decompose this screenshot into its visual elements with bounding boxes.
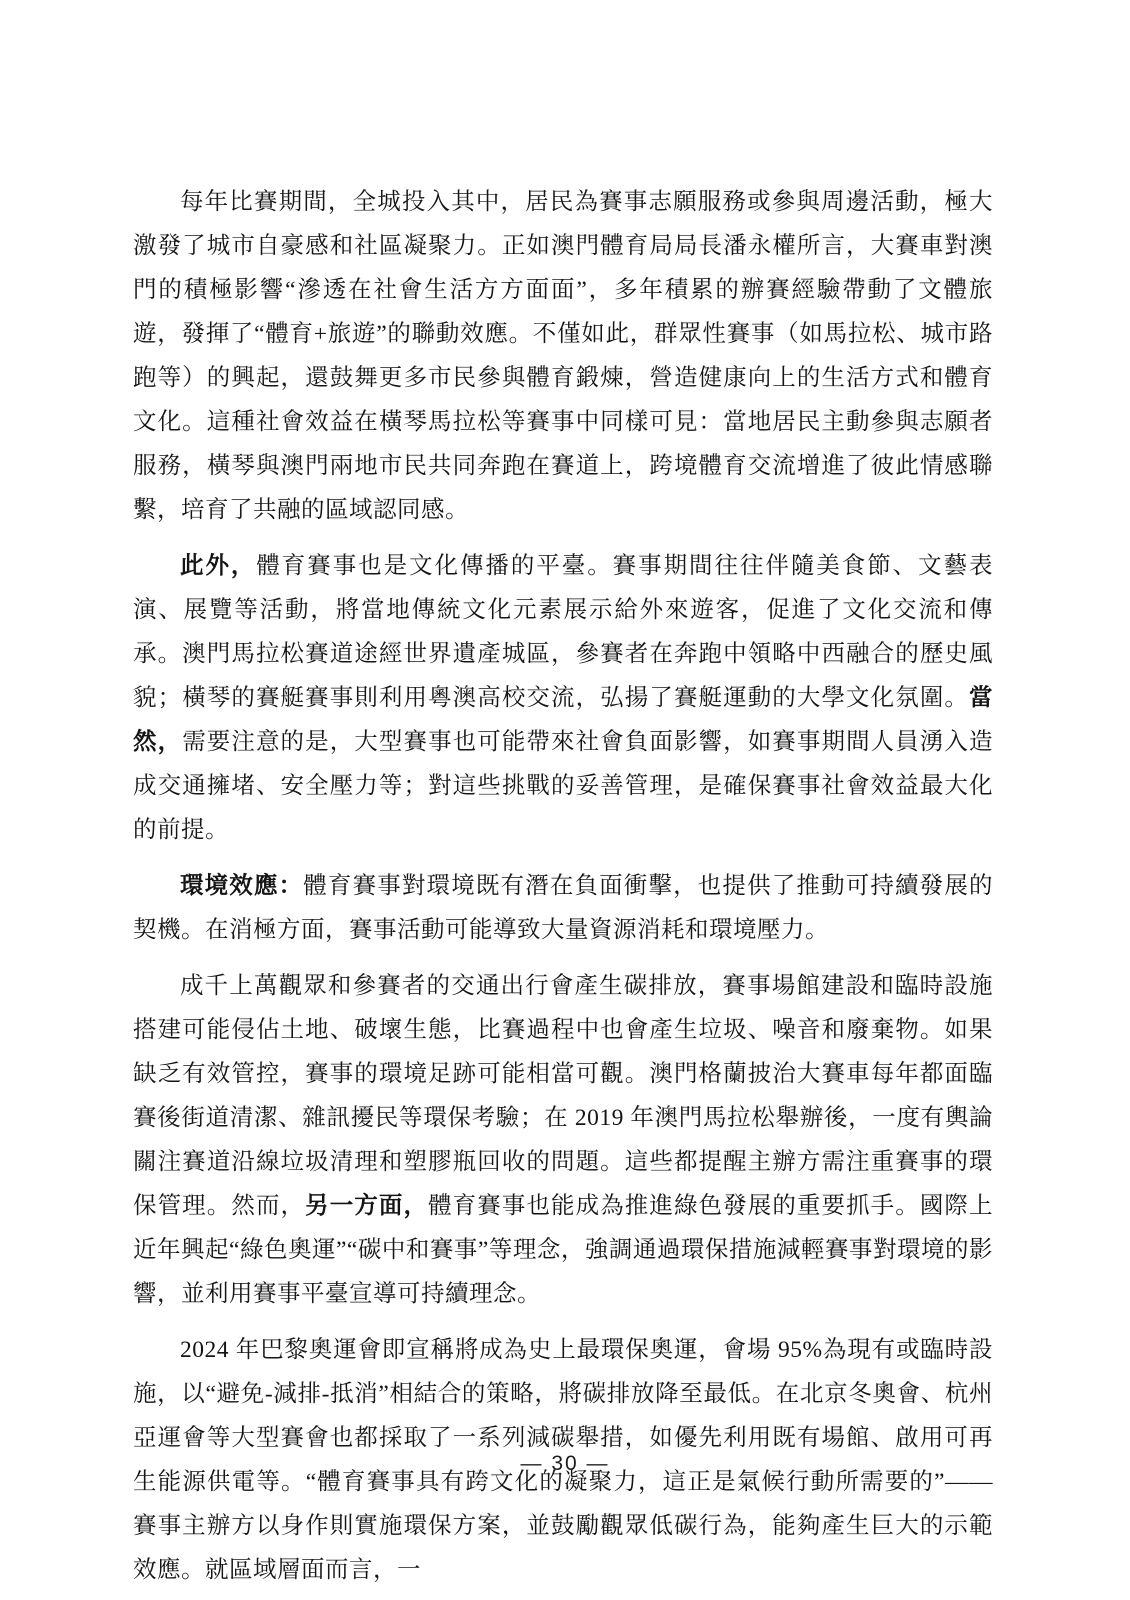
text-run: 體育賽事也是文化傳播的平臺。賽事期間往往伴隨美食節、文藝表演、展覽等活動，將當地… [133, 553, 993, 711]
bold-text-run: 另一方面， [305, 1193, 428, 1219]
document-page: 每年比賽期間，全城投入其中，居民為賽事志願服務或參與周邊活動，極大激發了城市自豪… [0, 0, 1130, 1600]
page-number: — 30 — [520, 1452, 609, 1475]
paragraph: 每年比賽期間，全城投入其中，居民為賽事志願服務或參與周邊活動，極大激發了城市自豪… [133, 180, 993, 532]
paragraph: 環境效應：體育賽事對環境既有潛在負面衝擊，也提供了推動可持續發展的契機。在消極方… [133, 864, 993, 952]
paragraph: 成千上萬觀眾和參賽者的交通出行會產生碳排放，賽事場館建設和臨時設施搭建可能侵佔土… [133, 964, 993, 1316]
paragraph: 此外，體育賽事也是文化傳播的平臺。賽事期間往往伴隨美食節、文藝表演、展覽等活動，… [133, 544, 993, 852]
bold-text-run: 環境效應： [180, 873, 303, 899]
bold-text-run: 此外， [180, 553, 256, 579]
text-run: 需要注意的是，大型賽事也可能帶來社會負面影響，如賽事期間人員湧入造成交通擁堵、安… [133, 729, 993, 843]
text-run: 成千上萬觀眾和參賽者的交通出行會產生碳排放，賽事場館建設和臨時設施搭建可能侵佔土… [133, 973, 993, 1219]
document-body: 每年比賽期間，全城投入其中，居民為賽事志願服務或參與周邊活動，極大激發了城市自豪… [133, 180, 993, 1592]
page-footer: — 30 — [0, 1452, 1130, 1476]
text-run: 每年比賽期間，全城投入其中，居民為賽事志願服務或參與周邊活動，極大激發了城市自豪… [133, 189, 993, 523]
